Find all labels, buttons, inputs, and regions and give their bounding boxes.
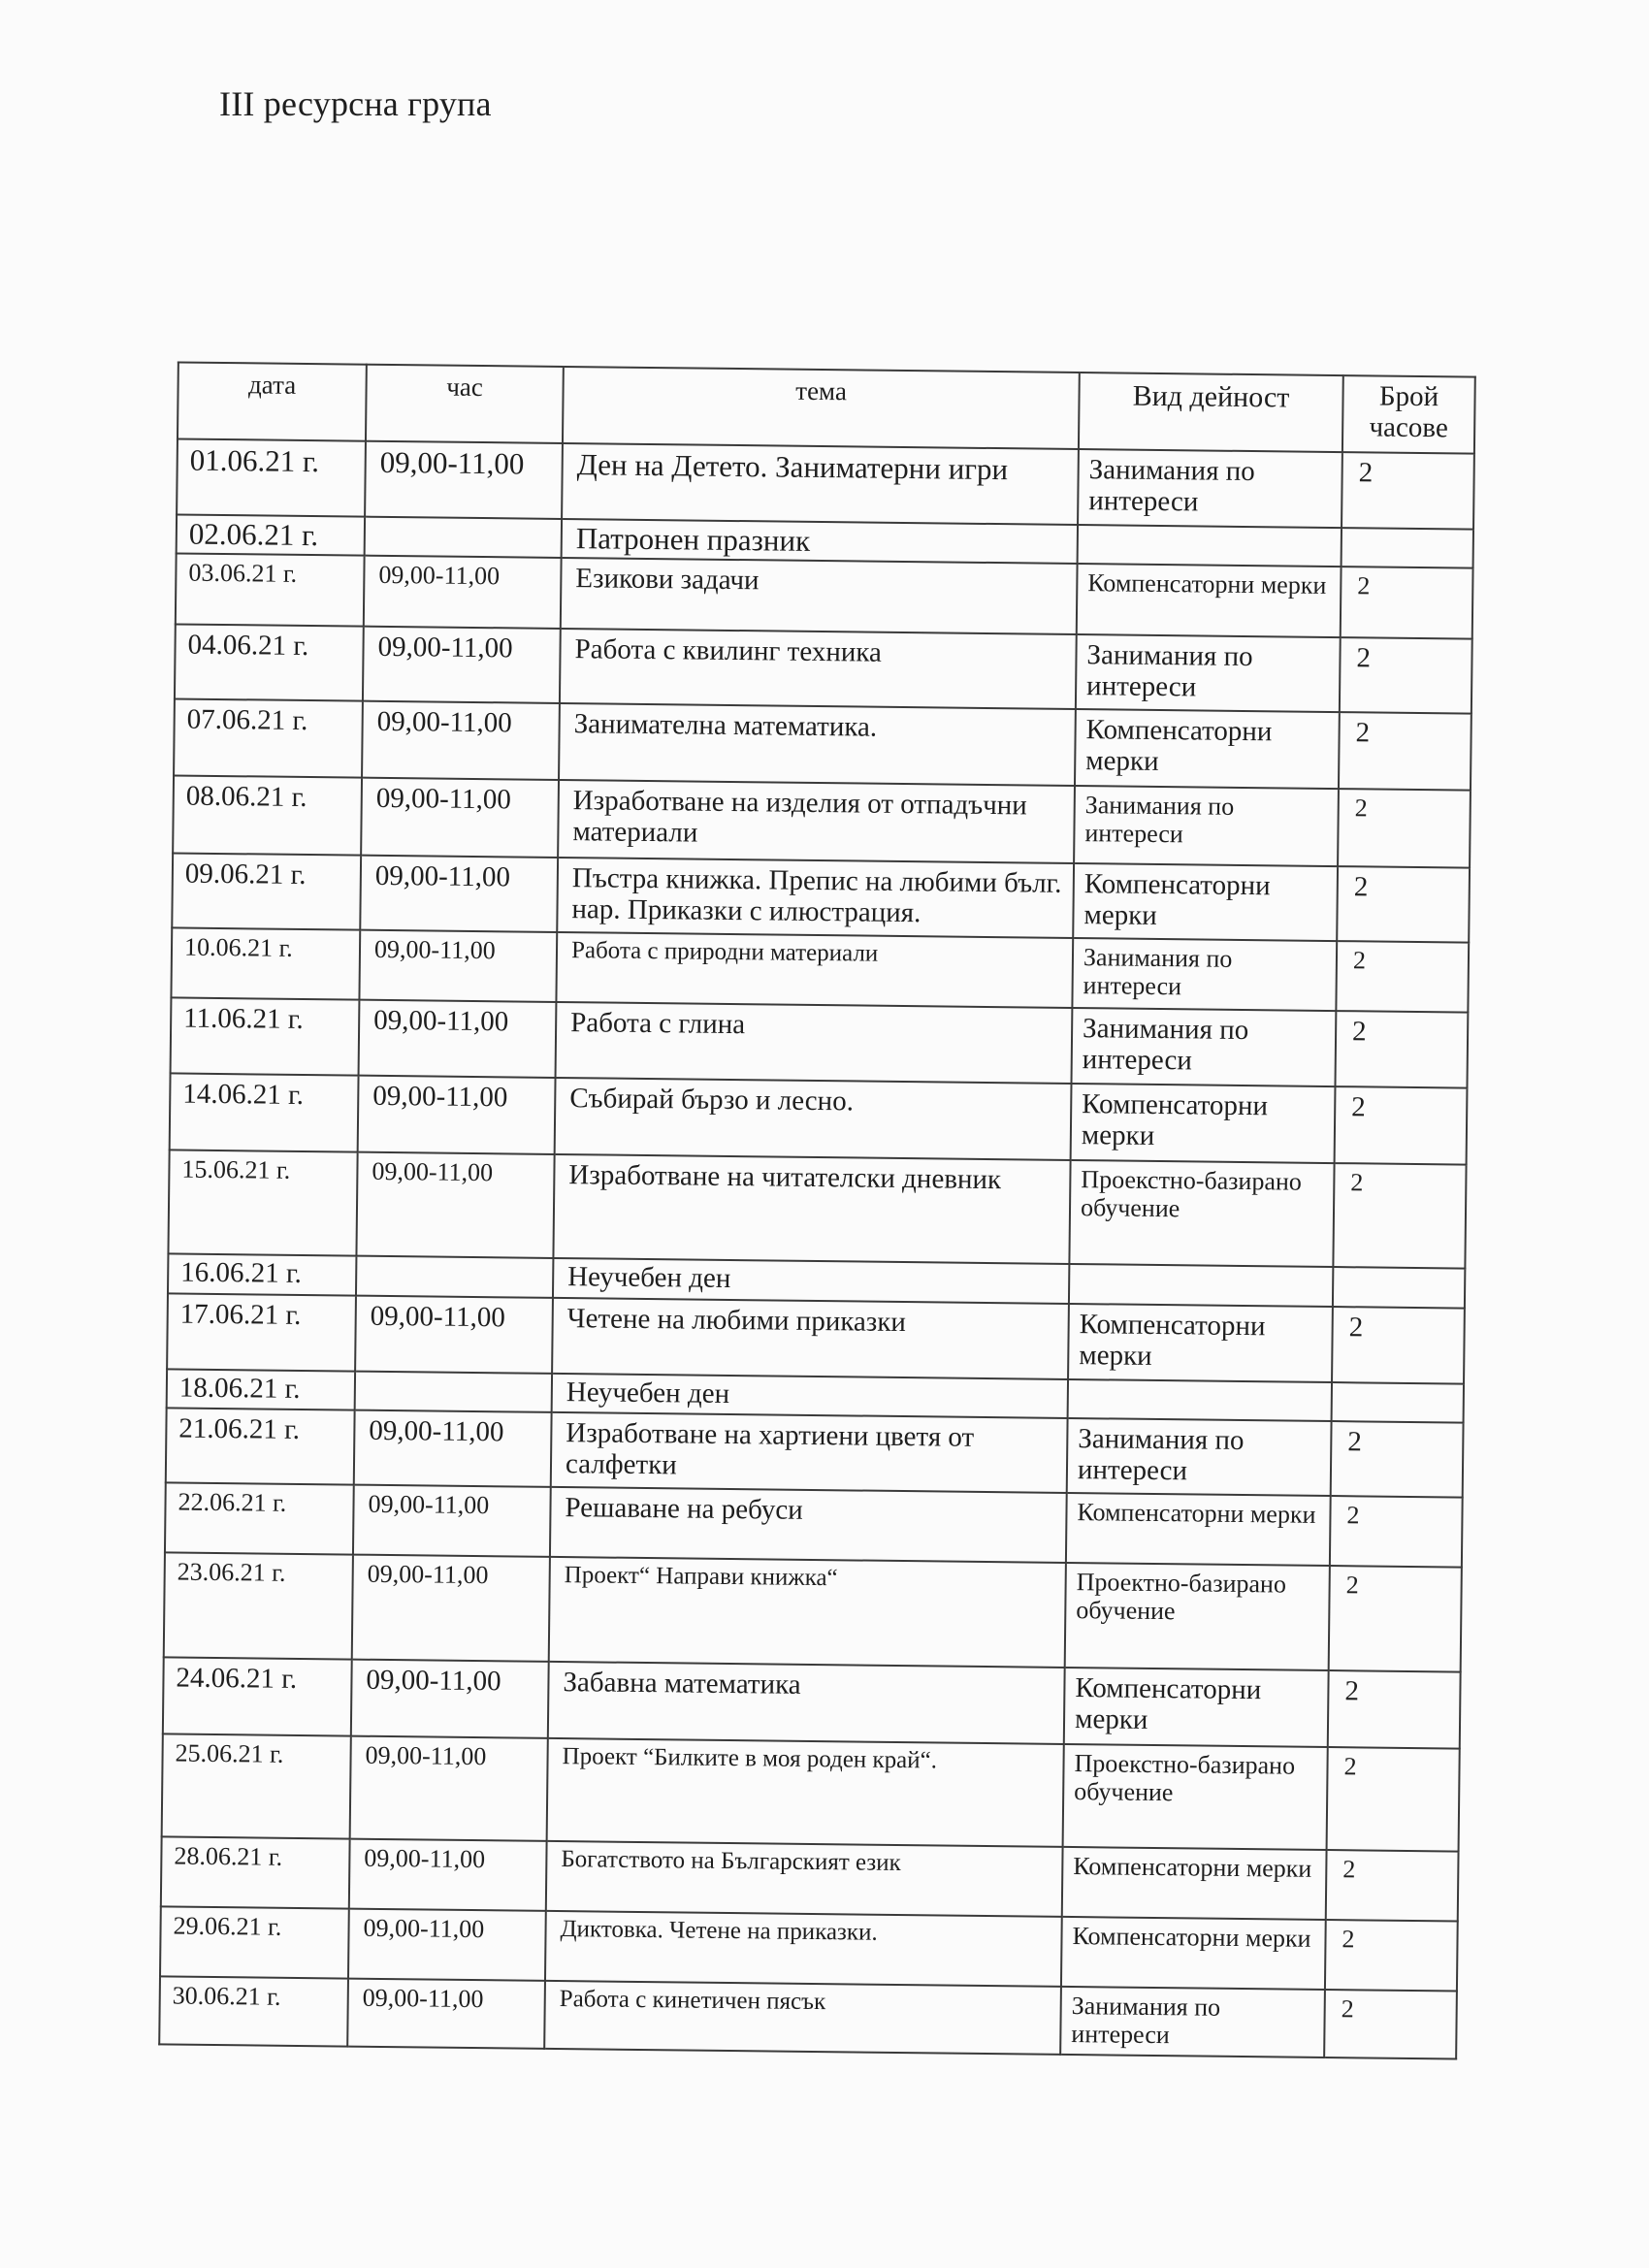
cell-hours-count: 2: [1332, 1307, 1465, 1384]
cell-topic: Проект“ Направи книжка“: [549, 1557, 1066, 1668]
type-text: Компенсаторни мерки: [1075, 1669, 1328, 1738]
topic-text: Работа с глина: [570, 1003, 1071, 1044]
cell-topic: Проект “Билките в моя роден край“.: [547, 1738, 1064, 1847]
cell-activity-type: Компенсаторни мерки: [1073, 863, 1338, 941]
topic-text: Работа с квилинг техника: [574, 630, 1075, 670]
cell-topic: Изработване на изделия от отпадъчни мате…: [558, 780, 1075, 863]
date-text: 01.06.21 г.: [190, 440, 365, 480]
hours-text: 2: [1343, 1748, 1458, 1781]
cell-activity-type: Занимания по интереси: [1076, 634, 1341, 712]
cell-topic: Неучебен ден: [552, 1374, 1068, 1418]
type-text: [1079, 1380, 1331, 1385]
type-text: Проекстно-базирано обучение: [1074, 1745, 1327, 1808]
cell-activity-type: Компенсаторни мерки: [1066, 1493, 1331, 1566]
cell-date: 10.06.21 г.: [171, 927, 360, 999]
cell-activity-type: Занимания по интереси: [1072, 1008, 1337, 1086]
table-row: 17.06.21 г. 09,00-11,00 Четене на любими…: [167, 1293, 1465, 1383]
header-hour: час: [366, 365, 564, 443]
cell-hour: 09,00-11,00: [351, 1660, 549, 1738]
cell-hour: 09,00-11,00: [354, 1410, 552, 1487]
cell-topic: Патронен празник: [562, 519, 1078, 564]
cell-hours-count: 2: [1339, 712, 1471, 791]
hours-text: 2: [1354, 867, 1469, 904]
cell-activity-type: Проекстно-базирано обучение: [1069, 1160, 1334, 1267]
header-hours-count: Брой часове: [1342, 375, 1475, 454]
cell-date: 17.06.21 г.: [167, 1293, 356, 1371]
cell-date: 24.06.21 г.: [163, 1657, 352, 1735]
cell-hours-count: [1342, 528, 1473, 568]
type-text: Занимания по интереси: [1078, 1419, 1331, 1489]
cell-hours-count: 2: [1331, 1421, 1464, 1498]
hour-text: 09,00-11,00: [377, 702, 559, 740]
cell-date: 14.06.21 г.: [170, 1073, 359, 1151]
cell-topic: Богатството на Българският език: [546, 1841, 1063, 1917]
cell-activity-type: [1078, 525, 1342, 567]
cell-activity-type: [1069, 1264, 1333, 1307]
cell-topic: Работа с глина: [556, 1002, 1073, 1084]
cell-activity-type: Проектно-базирано обучение: [1065, 1563, 1330, 1670]
cell-date: 08.06.21 г.: [173, 775, 362, 855]
hour-text: 09,00-11,00: [376, 779, 558, 817]
cell-hours-count: 2: [1335, 1086, 1468, 1165]
hour-text: 09,00-11,00: [374, 931, 556, 965]
table-body: 01.06.21 г. 09,00-11,00 Ден на Детето. З…: [159, 438, 1474, 2058]
date-text: 23.06.21 г.: [178, 1554, 352, 1588]
date-text: 17.06.21 г.: [180, 1295, 355, 1333]
cell-activity-type: Компенсаторни мерки: [1062, 1847, 1327, 1920]
hours-text: [1358, 529, 1472, 532]
topic-text: Неучебен ден: [566, 1375, 1067, 1413]
cell-hours-count: 2: [1338, 789, 1471, 868]
hours-text: 2: [1342, 1851, 1457, 1884]
hours-text: 2: [1357, 567, 1471, 600]
topic-text: Занимателна математика.: [573, 704, 1074, 745]
topic-text: Проект “Билките в моя роден край“.: [562, 1739, 1062, 1776]
cell-hours-count: 2: [1326, 1850, 1459, 1922]
topic-text: Езикови задачи: [575, 559, 1076, 599]
topic-text: Събирай бързо и лесно.: [569, 1079, 1070, 1119]
cell-date: 23.06.21 г.: [164, 1552, 353, 1659]
cell-hour: 09,00-11,00: [359, 930, 557, 1002]
cell-hours-count: 2: [1337, 866, 1470, 943]
hour-text: 09,00-11,00: [372, 1153, 553, 1187]
cell-hour: 09,00-11,00: [364, 556, 562, 629]
hours-text: 2: [1355, 790, 1470, 823]
table-row: 15.06.21 г. 09,00-11,00 Изработване на ч…: [168, 1150, 1466, 1268]
cell-topic: Езикови задачи: [561, 558, 1078, 634]
date-text: 07.06.21 г.: [187, 700, 362, 738]
cell-hour: 09,00-11,00: [365, 441, 563, 519]
cell-activity-type: Компенсаторни мерки: [1068, 1304, 1333, 1382]
cell-hours-count: 2: [1329, 1566, 1462, 1672]
date-text: 03.06.21 г.: [188, 555, 363, 589]
topic-text: Изработване на читателски дневник: [568, 1155, 1069, 1196]
cell-hour: 09,00-11,00: [360, 856, 558, 932]
hours-text: 2: [1351, 1087, 1466, 1124]
cell-hour: 09,00-11,00: [362, 701, 560, 780]
cell-hours-count: 2: [1333, 1163, 1466, 1269]
date-text: 02.06.21 г.: [189, 516, 364, 554]
header-topic: тема: [563, 367, 1080, 449]
hours-text: 2: [1348, 1308, 1463, 1345]
type-text: Занимания по интереси: [1084, 787, 1338, 850]
type-text: Компенсаторни мерки: [1087, 565, 1340, 599]
cell-date: 01.06.21 г.: [177, 438, 366, 516]
hour-text: 09,00-11,00: [378, 557, 560, 591]
date-text: 21.06.21 г.: [178, 1409, 353, 1447]
table-row: 11.06.21 г. 09,00-11,00 Работа с глина З…: [171, 997, 1469, 1087]
hours-text: 2: [1350, 1164, 1465, 1197]
type-text: Занимания по интереси: [1071, 1988, 1324, 2051]
table-header-row: дата час тема Вид дейност Брой часове: [178, 362, 1475, 453]
hours-text: 2: [1358, 453, 1472, 490]
cell-topic: Ден на Детето. Заниматерни игри: [562, 443, 1079, 525]
header-date: дата: [178, 362, 367, 440]
hours-text: [1348, 1383, 1463, 1386]
cell-date: 02.06.21 г.: [177, 514, 365, 555]
date-text: 24.06.21 г.: [176, 1659, 350, 1697]
cell-date: 03.06.21 г.: [176, 553, 365, 626]
table-row: 07.06.21 г. 09,00-11,00 Занимателна мате…: [174, 698, 1471, 790]
cell-hours-count: 2: [1342, 452, 1474, 530]
type-text: Занимания по интереси: [1088, 450, 1342, 520]
topic-text: Проект“ Направи книжка“: [565, 1558, 1065, 1595]
schedule-table: дата час тема Вид дейност Брой часове 01…: [158, 361, 1476, 2059]
hour-text: 09,00-11,00: [366, 1661, 547, 1699]
cell-topic: Изработване на хартиени цветя от салфетк…: [551, 1412, 1068, 1493]
hour-text: 09,00-11,00: [377, 628, 559, 665]
cell-date: 11.06.21 г.: [171, 997, 360, 1075]
cell-hours-count: 2: [1328, 1670, 1461, 1749]
cell-hour: 09,00-11,00: [352, 1555, 550, 1662]
hour-text: 09,00-11,00: [373, 1001, 555, 1039]
topic-text: Работа с природни материали: [571, 933, 1072, 970]
cell-hour: 09,00-11,00: [349, 1839, 547, 1911]
document-title: III ресурсна група: [219, 83, 492, 124]
cell-hour: [356, 1256, 553, 1298]
cell-topic: Занимателна математика.: [559, 703, 1076, 786]
cell-hour: 09,00-11,00: [355, 1296, 553, 1374]
cell-topic: Забавна математика: [548, 1662, 1065, 1744]
hours-text: 2: [1345, 1567, 1460, 1600]
date-text: 18.06.21 г.: [179, 1371, 354, 1407]
type-text: [1080, 1265, 1332, 1270]
date-text: 10.06.21 г.: [184, 929, 359, 963]
date-text: 22.06.21 г.: [178, 1484, 352, 1518]
cell-hour: 09,00-11,00: [353, 1485, 551, 1557]
hour-text: 09,00-11,00: [364, 1840, 545, 1874]
cell-activity-type: Компенсаторни мерки: [1077, 564, 1342, 637]
cell-date: 18.06.21 г.: [167, 1369, 355, 1409]
topic-text: Патронен празник: [576, 520, 1077, 562]
type-text: Компенсаторни мерки: [1077, 1494, 1329, 1529]
date-text: 29.06.21 г.: [173, 1908, 347, 1942]
header-activity-type: Вид дейност: [1079, 373, 1343, 452]
cell-activity-type: Занимания по интереси: [1067, 1418, 1332, 1496]
date-text: 08.06.21 г.: [186, 777, 361, 815]
cell-hour: 09,00-11,00: [363, 627, 561, 703]
topic-text: Решаване на ребуси: [565, 1488, 1065, 1529]
cell-date: 15.06.21 г.: [168, 1150, 357, 1255]
type-text: Компенсаторни мерки: [1073, 1848, 1325, 1883]
type-text: Проекстно-базирано обучение: [1081, 1161, 1334, 1224]
cell-hours-count: 2: [1340, 637, 1472, 714]
cell-topic: Диктовка. Четене на приказки.: [545, 1911, 1062, 1987]
cell-activity-type: Компенсаторни мерки: [1061, 1917, 1326, 1990]
cell-activity-type: Компенсаторни мерки: [1064, 1668, 1329, 1747]
cell-topic: Събирай бързо и лесно.: [555, 1078, 1072, 1160]
hour-text: 09,00-11,00: [371, 1297, 552, 1335]
cell-topic: Работа с природни материали: [556, 932, 1073, 1008]
hour-text: 09,00-11,00: [363, 1980, 544, 2014]
type-text: Компенсаторни мерки: [1079, 1305, 1332, 1375]
type-text: Компенсаторни мерки: [1083, 864, 1337, 934]
cell-hour: [365, 517, 562, 558]
cell-date: 25.06.21 г.: [162, 1733, 351, 1838]
cell-hours-count: [1332, 1382, 1464, 1423]
cell-activity-type: Компенсаторни мерки: [1075, 709, 1340, 789]
hour-text: 09,00-11,00: [372, 1077, 554, 1115]
type-text: Компенсаторни мерки: [1072, 1918, 1324, 1953]
cell-topic: Решаване на ребуси: [550, 1487, 1067, 1563]
hours-text: 2: [1342, 1921, 1456, 1954]
cell-hour: 09,00-11,00: [347, 1979, 545, 2049]
cell-hour: [355, 1372, 552, 1412]
topic-text: Ден на Детето. Заниматерни игри: [577, 444, 1078, 488]
cell-activity-type: Занимания по интереси: [1060, 1987, 1325, 2057]
cell-topic: Изработване на читателски дневник: [553, 1154, 1070, 1264]
topic-text: Забавна математика: [563, 1663, 1063, 1703]
hour-text: [379, 518, 561, 522]
cell-topic: Пъстра книжка. Препис на любими бълг. на…: [557, 858, 1074, 938]
hours-text: 2: [1346, 1497, 1461, 1530]
hours-text: 2: [1347, 1422, 1462, 1459]
hours-text: 2: [1344, 1671, 1459, 1708]
type-text: Занимания по интереси: [1083, 939, 1336, 1002]
date-text: 15.06.21 г.: [181, 1151, 356, 1185]
cell-date: 29.06.21 г.: [160, 1906, 349, 1978]
date-text: 11.06.21 г.: [183, 999, 358, 1037]
date-text: 28.06.21 г.: [174, 1838, 348, 1872]
hour-text: 09,00-11,00: [369, 1411, 550, 1449]
hour-text: [371, 1257, 552, 1261]
hour-text: 09,00-11,00: [375, 857, 557, 894]
table-row: 25.06.21 г. 09,00-11,00 Проект “Билките …: [162, 1733, 1460, 1851]
type-text: Проектно-базирано обучение: [1076, 1564, 1329, 1627]
type-text: Занимания по интереси: [1083, 1009, 1336, 1079]
cell-date: 16.06.21 г.: [168, 1253, 356, 1295]
cell-hours-count: 2: [1327, 1747, 1460, 1852]
cell-topic: Работа с квилинг техника: [560, 629, 1077, 709]
hours-text: [1349, 1268, 1464, 1271]
table-row: 23.06.21 г. 09,00-11,00 Проект“ Направи …: [164, 1552, 1462, 1671]
date-text: 09.06.21 г.: [185, 855, 360, 892]
cell-activity-type: Проекстно-базирано обучение: [1063, 1744, 1328, 1850]
cell-topic: Четене на любими приказки: [552, 1298, 1069, 1379]
cell-date: 21.06.21 г.: [166, 1408, 355, 1484]
cell-hours-count: 2: [1336, 941, 1469, 1013]
hours-text: 2: [1342, 1991, 1456, 2024]
date-text: 16.06.21 г.: [180, 1255, 355, 1291]
topic-text: Неучебен ден: [567, 1259, 1068, 1298]
cell-hour: 09,00-11,00: [350, 1736, 548, 1841]
cell-hours-count: 2: [1325, 1920, 1458, 1992]
hours-text: 2: [1355, 713, 1470, 750]
cell-date: 09.06.21 г.: [172, 853, 361, 929]
date-text: 14.06.21 г.: [182, 1075, 357, 1113]
cell-activity-type: Занимания по интереси: [1078, 449, 1342, 528]
hours-text: 2: [1352, 1012, 1467, 1049]
hour-text: 09,00-11,00: [368, 1556, 549, 1590]
cell-activity-type: Занимания по интереси: [1072, 938, 1337, 1011]
hour-text: 09,00-11,00: [365, 1737, 546, 1771]
date-text: 04.06.21 г.: [187, 626, 362, 664]
cell-hours-count: 2: [1330, 1496, 1463, 1568]
cell-date: 07.06.21 г.: [174, 698, 363, 777]
type-text: Занимания по интереси: [1086, 635, 1340, 705]
cell-date: 22.06.21 г.: [165, 1482, 354, 1554]
topic-text: Диктовка. Четене на приказки.: [560, 1912, 1060, 1949]
cell-activity-type: Компенсаторни мерки: [1071, 1084, 1336, 1163]
cell-hour: 09,00-11,00: [361, 778, 559, 858]
cell-topic: Работа с кинетичен пясък: [544, 1981, 1061, 2055]
cell-topic: Неучебен ден: [553, 1258, 1069, 1304]
hour-text: 09,00-11,00: [363, 1910, 544, 1944]
table-row: 14.06.21 г. 09,00-11,00 Събирай бързо и …: [170, 1073, 1468, 1164]
topic-text: Богатството на Българският език: [561, 1842, 1061, 1879]
table-row: 24.06.21 г. 09,00-11,00 Забавна математи…: [163, 1657, 1461, 1748]
cell-date: 04.06.21 г.: [175, 624, 364, 700]
hour-text: 09,00-11,00: [368, 1486, 549, 1520]
cell-date: 28.06.21 г.: [161, 1836, 350, 1908]
hours-text: 2: [1356, 638, 1471, 675]
cell-activity-type: [1068, 1379, 1332, 1421]
cell-hour: 09,00-11,00: [358, 1076, 556, 1154]
hour-text: 09,00-11,00: [380, 442, 562, 482]
topic-text: Изработване на хартиени цветя от салфетк…: [566, 1413, 1067, 1486]
cell-activity-type: Занимания по интереси: [1074, 786, 1339, 866]
cell-hours-count: 2: [1341, 567, 1473, 639]
topic-text: Изработване на изделия от отпадъчни мате…: [572, 781, 1074, 854]
type-text: Компенсаторни мерки: [1085, 710, 1339, 780]
cell-hour: 09,00-11,00: [359, 1000, 557, 1078]
hours-text: 2: [1353, 942, 1468, 975]
table-row: 08.06.21 г. 09,00-11,00 Изработване на и…: [173, 775, 1471, 867]
topic-text: Работа с кинетичен пясък: [560, 1982, 1060, 2019]
topic-text: Четене на любими приказки: [567, 1299, 1068, 1340]
type-text: Компенсаторни мерки: [1082, 1085, 1335, 1154]
topic-text: Пъстра книжка. Препис на любими бълг. на…: [571, 859, 1073, 931]
cell-hour: 09,00-11,00: [348, 1909, 546, 1981]
cell-hours-count: 2: [1335, 1011, 1468, 1088]
cell-hours-count: 2: [1324, 1990, 1457, 2059]
date-text: 30.06.21 г.: [173, 1978, 347, 2012]
cell-date: 30.06.21 г.: [159, 1976, 348, 2046]
table-row: 30.06.21 г. 09,00-11,00 Работа с кинетич…: [159, 1976, 1457, 2058]
date-text: 25.06.21 г.: [175, 1735, 349, 1769]
cell-hour: 09,00-11,00: [356, 1152, 554, 1258]
table-row: 01.06.21 г. 09,00-11,00 Ден на Детето. З…: [177, 438, 1474, 529]
schedule-table-wrapper: дата час тема Вид дейност Брой часове 01…: [158, 361, 1474, 2059]
type-text: [1088, 526, 1341, 531]
cell-hours-count: [1333, 1267, 1465, 1309]
hour-text: [370, 1373, 551, 1377]
